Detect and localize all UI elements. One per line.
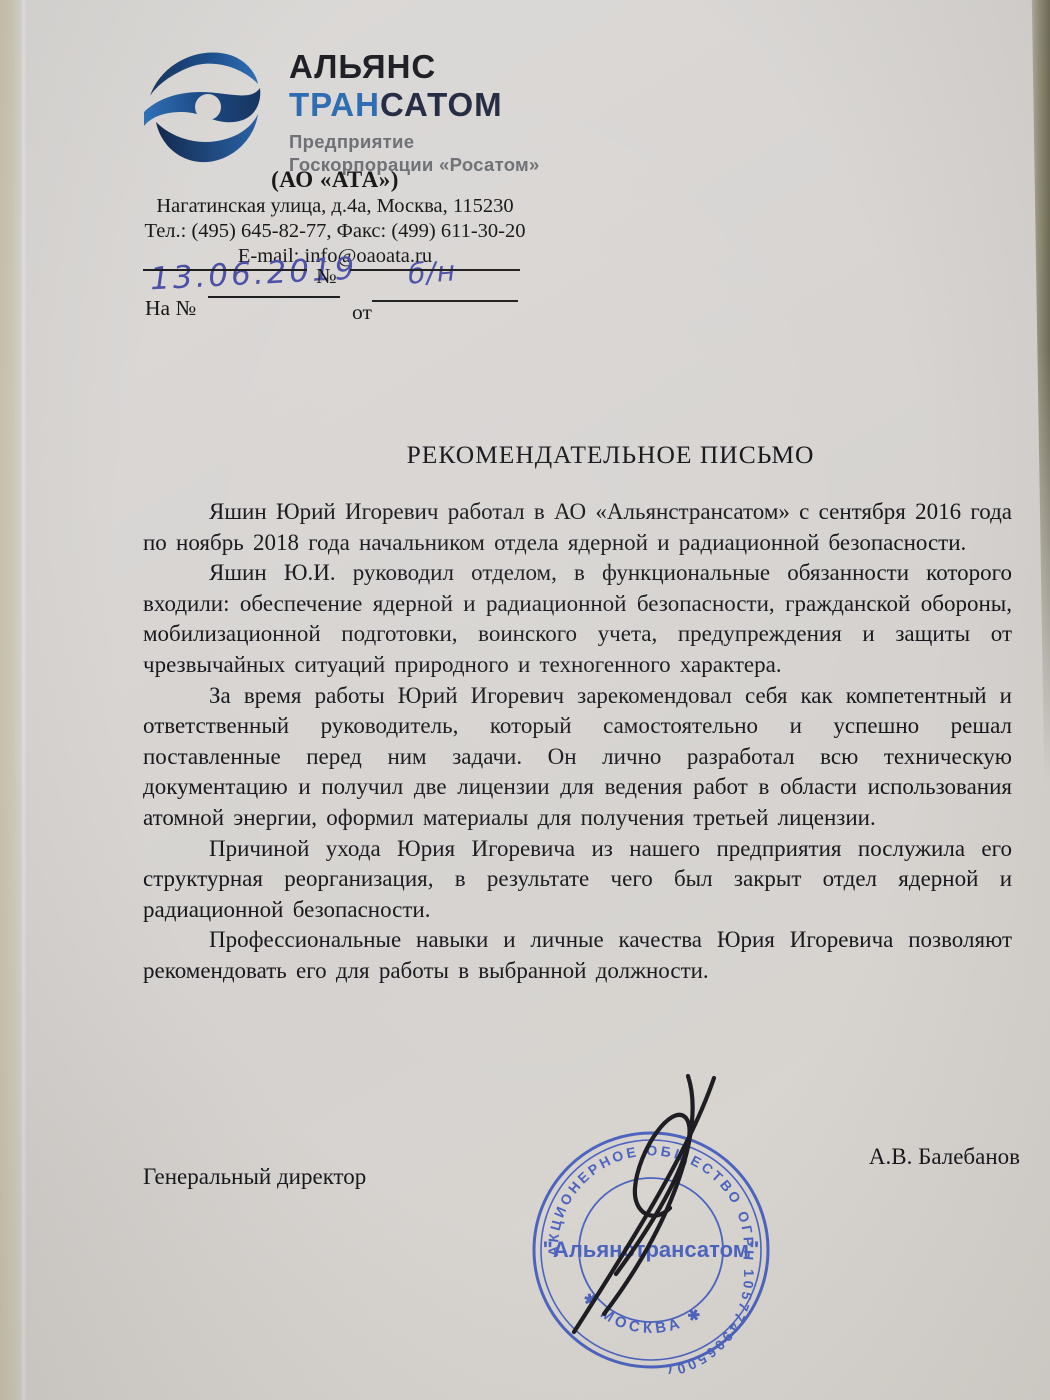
signer-position: Генеральный директор: [143, 1164, 366, 1190]
reply-number-underline: [208, 296, 340, 298]
wordmark-line2-dark: САТОМ: [380, 86, 503, 123]
wordmark-line2-blue: ТРАН: [289, 86, 380, 123]
letter-title: РЕКОМЕНДАТЕЛЬНОЕ ПИСЬМО: [176, 440, 1045, 470]
reply-date-underline: [372, 300, 518, 302]
paragraph-4: Причиной ухода Юрия Игоревича из нашего …: [143, 834, 1012, 926]
svg-text:✱ МОСКВА ✱: ✱ МОСКВА ✱: [579, 1290, 708, 1337]
handwritten-number: б/н: [407, 254, 457, 290]
stamp-bottom-text: ✱ МОСКВА ✱: [579, 1290, 708, 1337]
number-underline: [350, 269, 520, 271]
paragraph-5: Профессиональные навыки и личные качеств…: [143, 925, 1012, 986]
alliance-transatom-logo-icon: [142, 46, 266, 170]
company-short-name: (АО «АТА»): [100, 167, 570, 193]
company-address: Нагатинская улица, д.4а, Москва, 115230: [100, 195, 570, 218]
reply-to-label: На №: [145, 296, 196, 321]
company-phone-fax: Тел.: (495) 645-82-77, Факс: (499) 611-3…: [100, 220, 570, 243]
reply-from-label: от: [352, 300, 372, 325]
signer-name: А.В. Балебанов: [869, 1144, 1020, 1170]
number-label: №: [316, 264, 337, 289]
wordmark-line1: АЛЬЯНС: [289, 50, 540, 83]
paragraph-2: Яшин Ю.И. руководил отделом, в функциона…: [143, 558, 1012, 680]
wordmark-line2: ТРАНСАТОМ: [289, 88, 540, 121]
logo-wordmark: АЛЬЯНС ТРАНСАТОМ Предприятие Госкорпорац…: [289, 50, 540, 176]
logo-subtitle-line1: Предприятие: [289, 130, 540, 153]
paragraph-3: За время работы Юрий Игоревич зарекоменд…: [143, 681, 1012, 834]
paper-crease: [22, 0, 25, 1400]
paper-left-edge: [0, 0, 24, 1400]
date-underline: [143, 269, 307, 271]
paragraph-1: Яшин Юрий Игоревич работал в АО «Альянст…: [143, 497, 1012, 558]
logo-center-dot: [195, 94, 221, 120]
company-round-stamp: АКЦИОНЕРНОЕ ОБЩЕСТВО ОГРН 1057749065007 …: [527, 1126, 775, 1374]
letter-body: Яшин Юрий Игоревич работал в АО «Альянст…: [143, 497, 1012, 987]
stamp-center-text: "Альянстрансатом": [543, 1237, 760, 1262]
